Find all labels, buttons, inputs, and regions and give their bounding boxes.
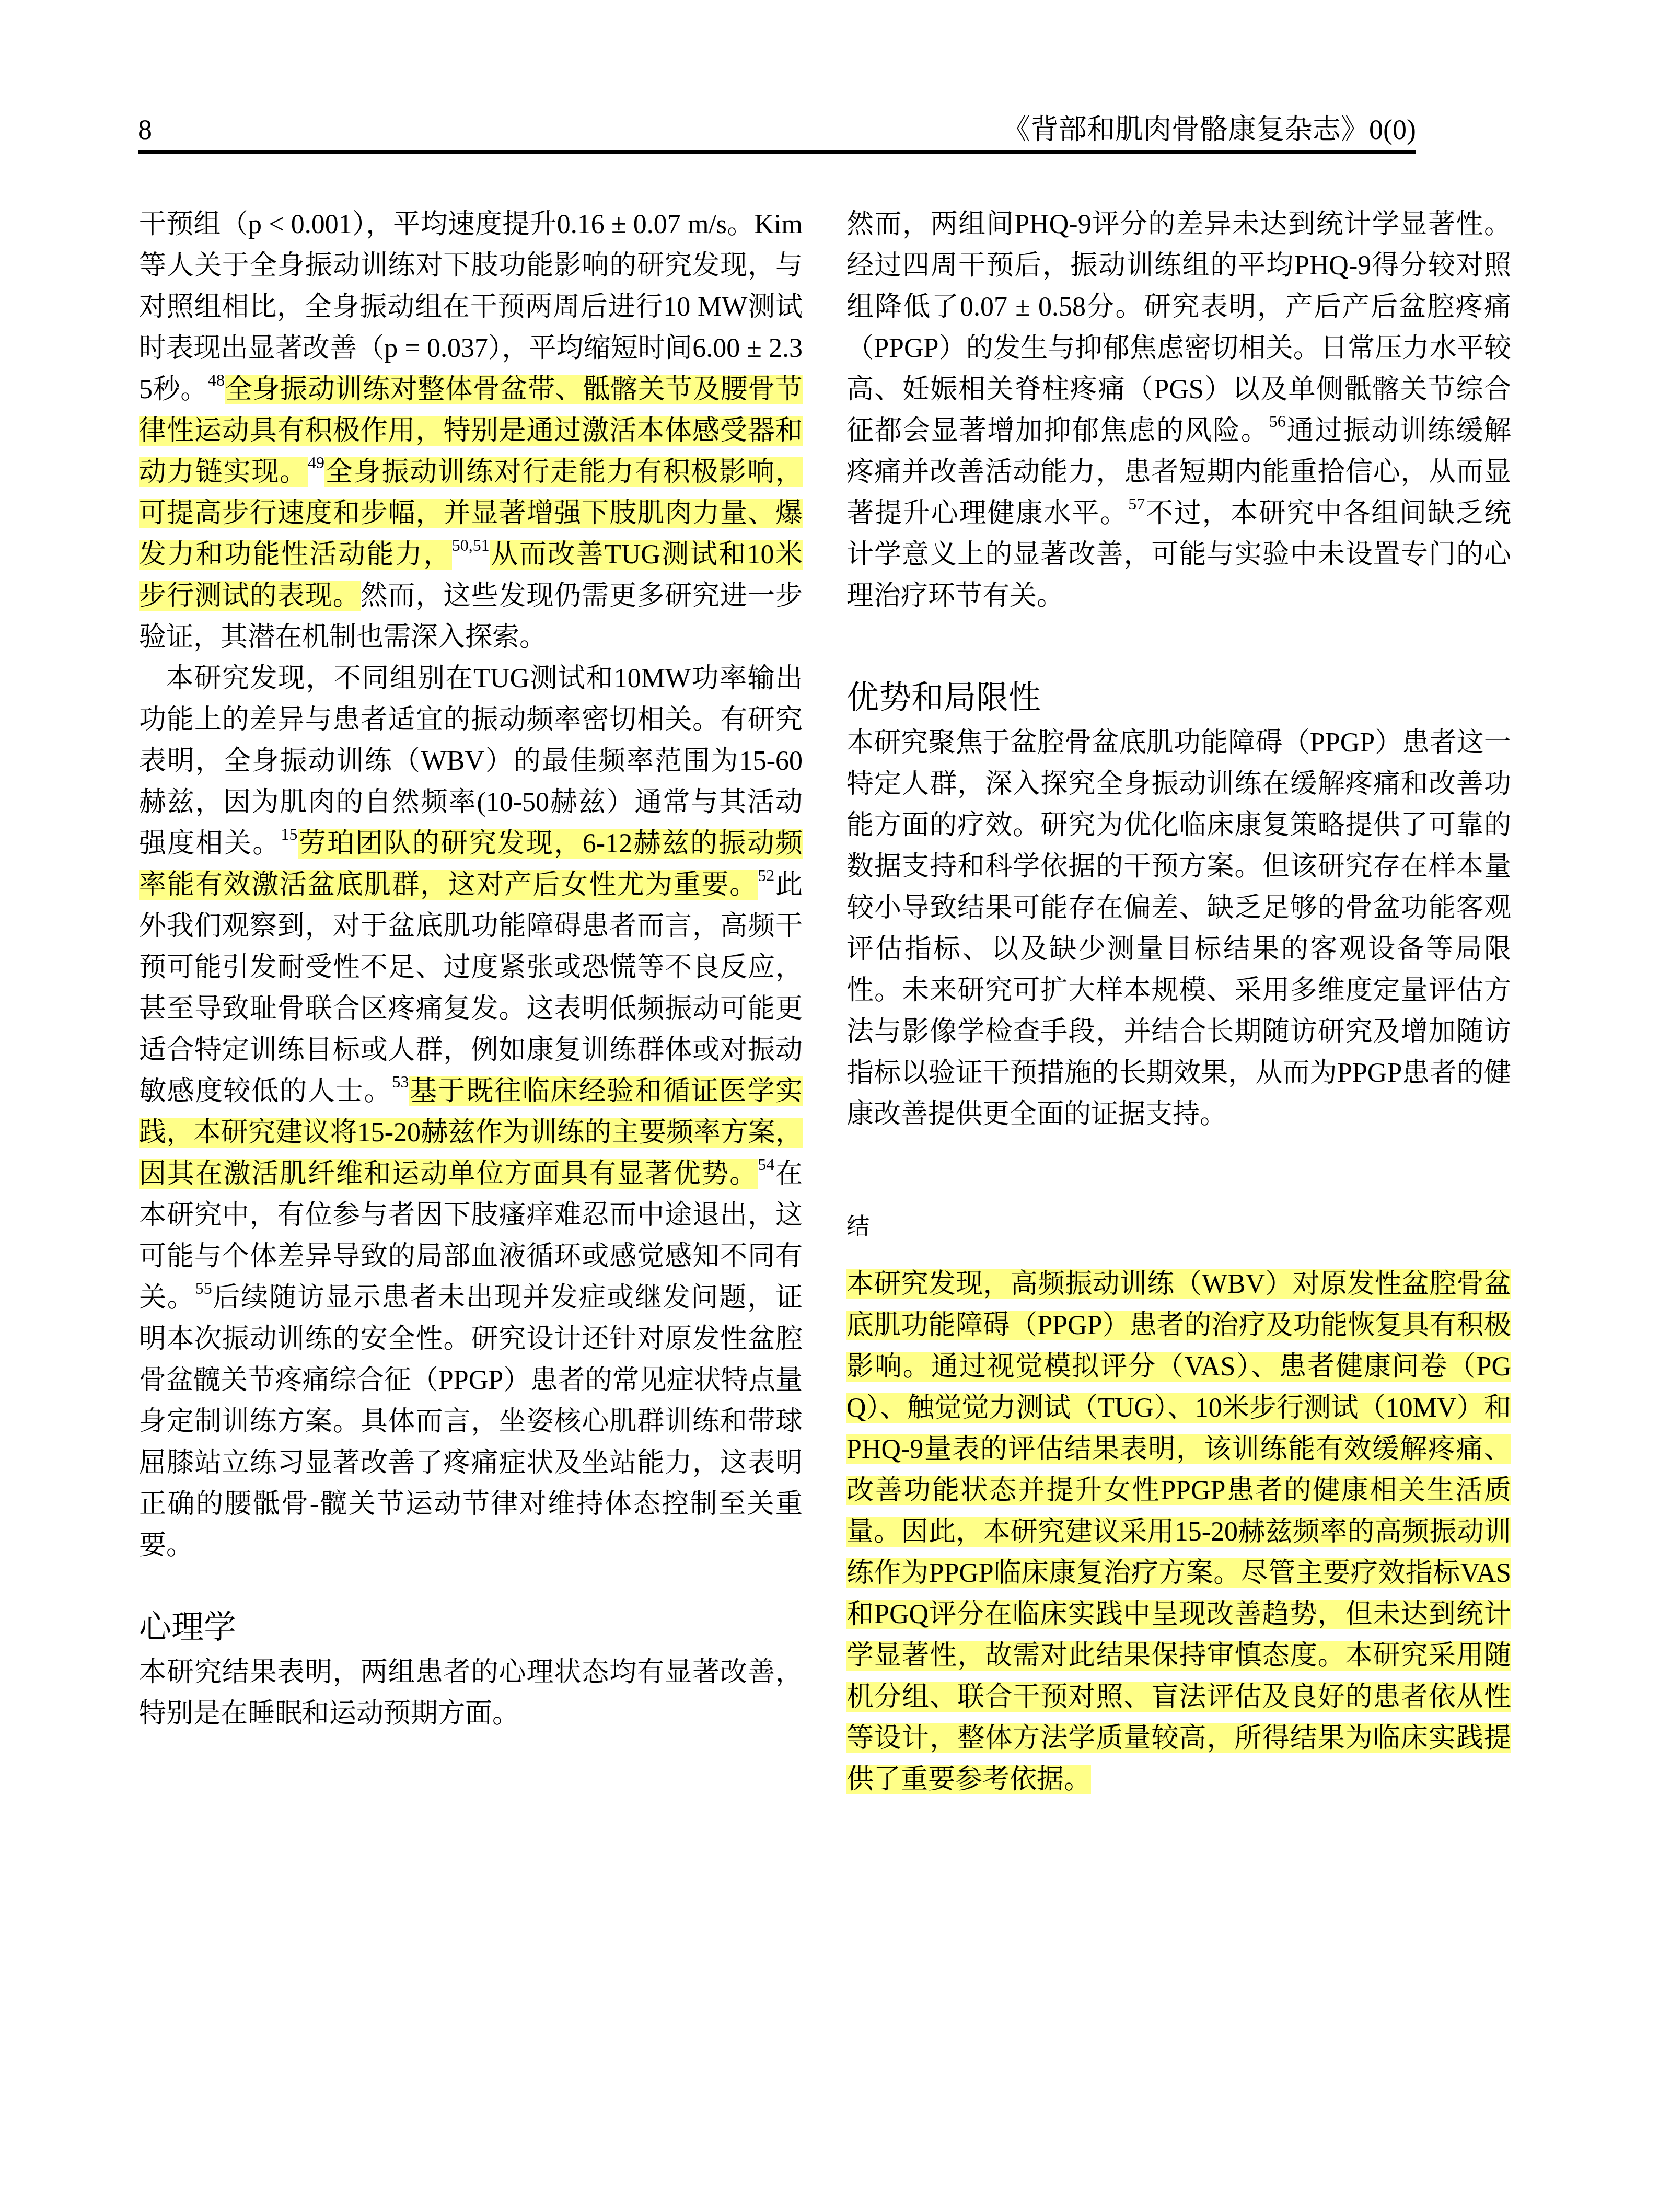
citation-ref: 55 bbox=[195, 1279, 212, 1298]
section-heading-conclusion: 结 bbox=[846, 1206, 1511, 1248]
body-text: 然而，两组间PHQ-9评分的差异未达到统计学显著性。经过四周干预后，振动训练组的… bbox=[846, 210, 1511, 446]
body-text: 此外我们观察到，对于盆底肌功能障碍患者而言，高频干预可能引发耐受性不足、过度紧张… bbox=[139, 870, 803, 1106]
section-heading-strengths-limitations: 优势和局限性 bbox=[846, 677, 1511, 719]
highlighted-text: 本研究发现，高频振动训练（WBV）对原发性盆腔骨盆底肌功能障碍（PPGP）患者的… bbox=[846, 1269, 1511, 1794]
paragraph-phq9: 然而，两组间PHQ-9评分的差异未达到统计学显著性。经过四周干预后，振动训练组的… bbox=[846, 204, 1511, 617]
body-text: 本研究结果表明，两组患者的心理状态均有显著改善，特别是在睡眠和运动预期方面。 bbox=[139, 1658, 803, 1729]
citation-ref: 49 bbox=[308, 453, 324, 472]
citation-ref: 15 bbox=[281, 825, 298, 843]
citation-ref: 52 bbox=[758, 866, 774, 885]
paragraph-strengths: 本研究聚焦于盆腔骨盆底肌功能障碍（PPGP）患者这一特定人群，深入探究全身振动训… bbox=[846, 722, 1511, 1135]
running-header: 8 《背部和肌肉骨骼康复杂志》0(0) bbox=[138, 114, 1416, 154]
citation-ref: 53 bbox=[392, 1072, 409, 1091]
citation-ref: 56 bbox=[1269, 412, 1286, 431]
paragraph-conclusion: 本研究发现，高频振动训练（WBV）对原发性盆腔骨盆底肌功能障碍（PPGP）患者的… bbox=[846, 1264, 1511, 1800]
citation-ref: 48 bbox=[208, 370, 225, 389]
section-heading-psychology: 心理学 bbox=[139, 1607, 803, 1649]
right-column: 然而，两组间PHQ-9评分的差异未达到统计学显著性。经过四周干预后，振动训练组的… bbox=[846, 204, 1511, 1800]
page-number: 8 bbox=[138, 114, 152, 145]
paragraph-psychology: 本研究结果表明，两组患者的心理状态均有显著改善，特别是在睡眠和运动预期方面。 bbox=[139, 1652, 803, 1734]
citation-ref: 57 bbox=[1128, 494, 1145, 513]
body-text: 后续随访显示患者未出现并发症或继发问题，证明本次振动训练的安全性。研究设计还针对… bbox=[139, 1283, 803, 1560]
body-text: 本研究聚焦于盆腔骨盆底肌功能障碍（PPGP）患者这一特定人群，深入探究全身振动训… bbox=[846, 728, 1511, 1129]
citation-ref: 54 bbox=[758, 1155, 774, 1174]
paragraph-wbv-walking: 干预组（p < 0.001），平均速度提升0.16 ± 0.07 m/s。Kim… bbox=[139, 204, 803, 658]
journal-title: 《背部和肌肉骨骼康复杂志》0(0) bbox=[1002, 114, 1416, 145]
citation-ref: 50,51 bbox=[452, 536, 490, 554]
left-column: 干预组（p < 0.001），平均速度提升0.16 ± 0.07 m/s。Kim… bbox=[139, 204, 803, 1734]
paragraph-frequency: 本研究发现，不同组别在TUG测试和10MW功率输出功能上的差异与患者适宜的振动频… bbox=[139, 658, 803, 1566]
